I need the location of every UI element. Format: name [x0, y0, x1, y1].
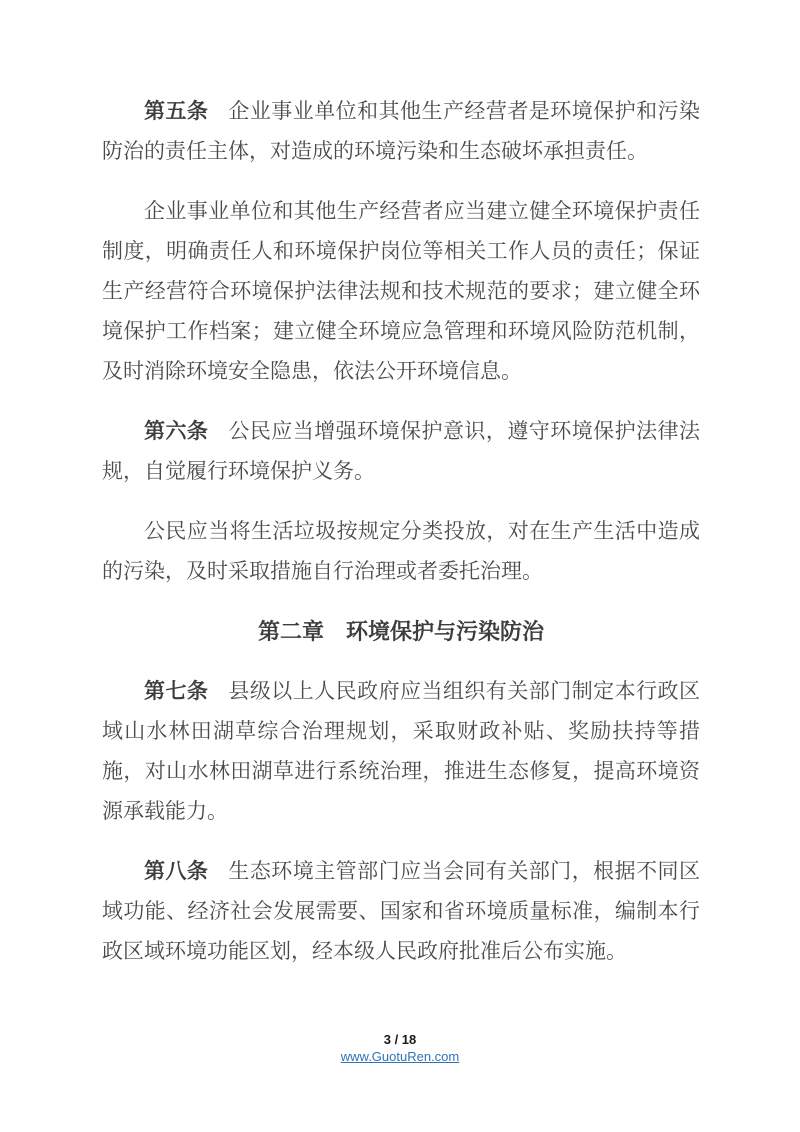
article-number: 第五条 — [144, 100, 208, 123]
article-number: 第七条 — [144, 680, 208, 703]
document-page: 第五条企业事业单位和其他生产经营者是环境保护和污染防治的责任主体，对造成的环境污… — [0, 0, 800, 1132]
document-content: 第五条企业事业单位和其他生产经营者是环境保护和污染防治的责任主体，对造成的环境污… — [102, 92, 700, 992]
paragraph-text: 企业事业单位和其他生产经营者应当建立健全环境保护责任制度，明确责任人和环境保护岗… — [102, 200, 700, 383]
paragraph-article-5-clause: 企业事业单位和其他生产经营者应当建立健全环境保护责任制度，明确责任人和环境保护岗… — [102, 192, 700, 392]
paragraph-article-6-clause: 公民应当将生活垃圾按规定分类投放，对在生产生活中造成的污染，及时采取措施自行治理… — [102, 512, 700, 592]
article-number: 第六条 — [144, 420, 208, 443]
page-number-indicator: 3 / 18 — [0, 1032, 800, 1048]
paragraph-article-5: 第五条企业事业单位和其他生产经营者是环境保护和污染防治的责任主体，对造成的环境污… — [102, 92, 700, 172]
footer-website-link[interactable]: www.GuotuRen.com — [341, 1049, 460, 1065]
paragraph-article-7: 第七条县级以上人民政府应当组织有关部门制定本行政区域山水林田湖草综合治理规划，采… — [102, 672, 700, 832]
paragraph-article-6: 第六条公民应当增强环境保护意识，遵守环境保护法律法规，自觉履行环境保护义务。 — [102, 412, 700, 492]
paragraph-text: 公民应当将生活垃圾按规定分类投放，对在生产生活中造成的污染，及时采取措施自行治理… — [102, 520, 700, 583]
paragraph-article-8: 第八条生态环境主管部门应当会同有关部门，根据不同区域功能、经济社会发展需要、国家… — [102, 852, 700, 972]
chapter-heading: 第二章 环境保护与污染防治 — [102, 612, 700, 652]
article-number: 第八条 — [144, 860, 208, 883]
page-footer: 3 / 18 www.GuotuRen.com — [0, 1032, 800, 1066]
